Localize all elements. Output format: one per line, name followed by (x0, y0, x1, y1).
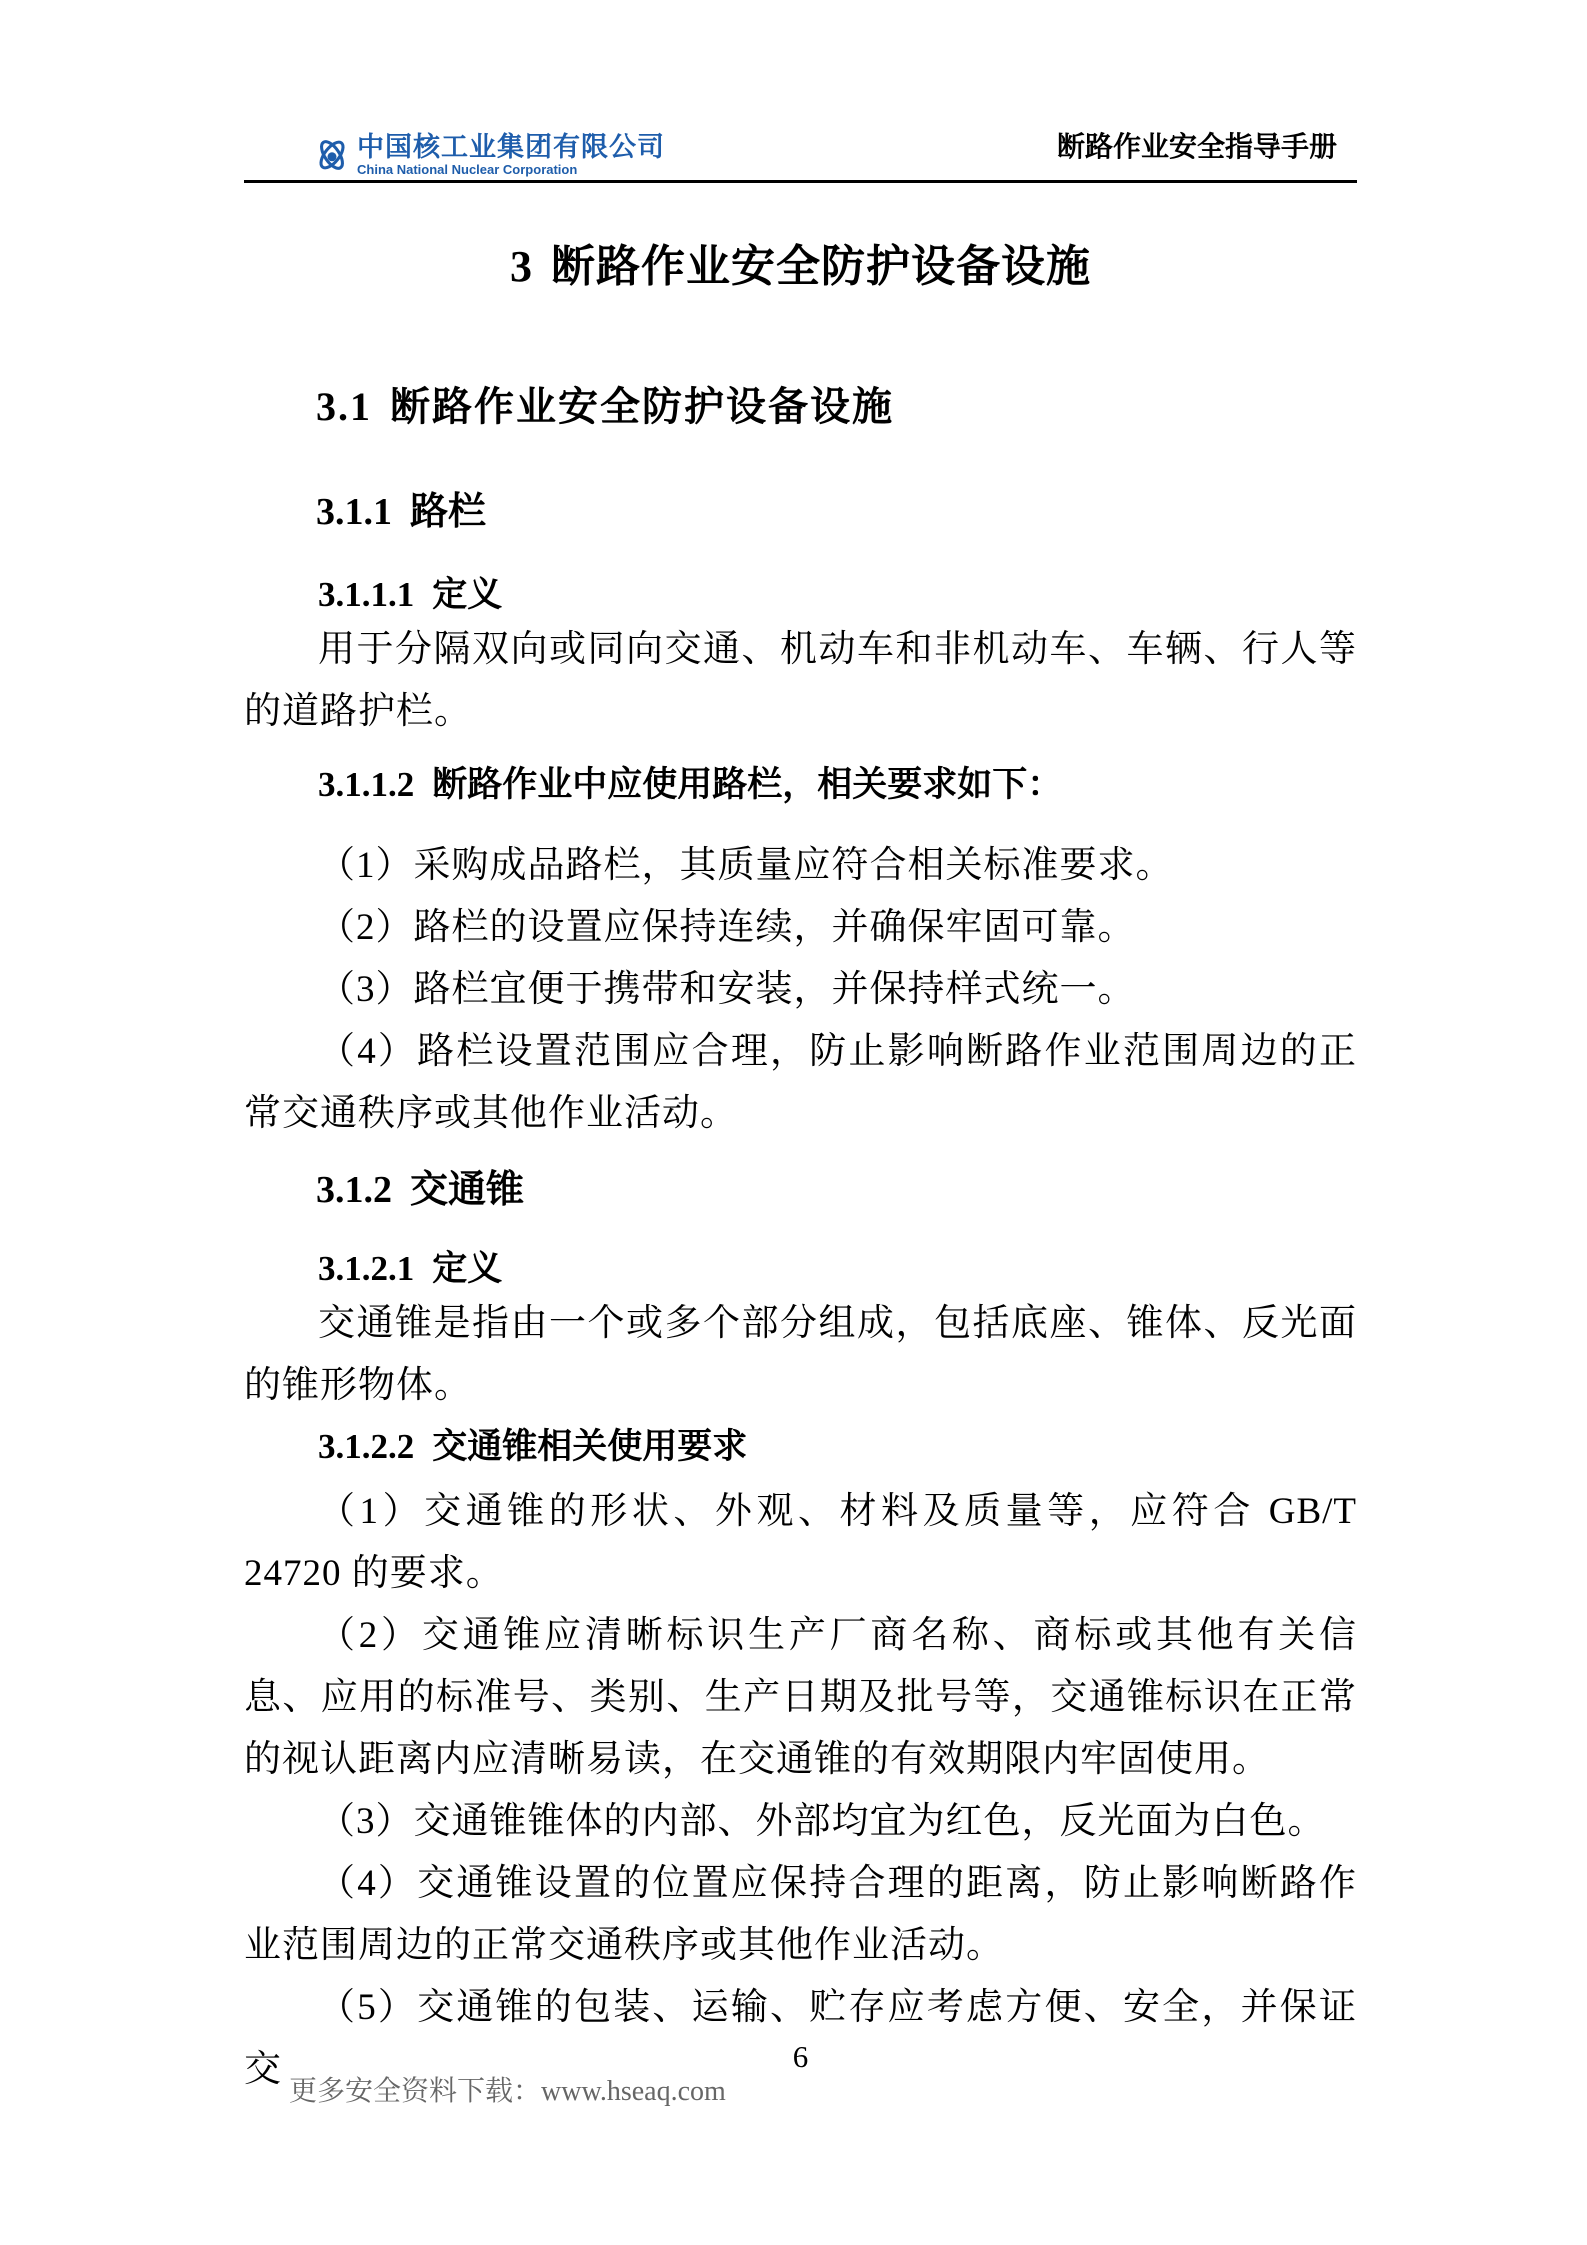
section-heading-3-1-1-1: 3.1.1.1定义 (244, 571, 1357, 619)
definition-paragraph: 用于分隔双向或同向交通、机动车和非机动车、车辆、行人等的道路护栏。 (244, 619, 1357, 743)
section-heading-3-1-1-2: 3.1.1.2断路作业中应使用路栏，相关要求如下： (244, 761, 1357, 809)
chapter-heading-text: 断路作业安全防护设备设施 (551, 242, 1091, 291)
logo-name-en: China National Nuclear Corporation (357, 162, 665, 177)
section-heading-text: 断路作业安全防护设备设施 (390, 384, 894, 429)
section-number: 3.1.1 (316, 491, 392, 533)
document-page: 中国核工业集团有限公司 China National Nuclear Corpo… (0, 0, 1587, 2245)
download-url[interactable]: www.hseaq.com (541, 2076, 726, 2107)
section-number: 3.1.2.2 (318, 1427, 414, 1466)
section-heading-text: 交通锥相关使用要求 (432, 1427, 747, 1466)
page-number: 6 (244, 2040, 1357, 2074)
list-item-2: （2）路栏的设置应保持连续，并确保牢固可靠。 (244, 897, 1357, 959)
section-heading-3-1-2-2: 3.1.2.2交通锥相关使用要求 (244, 1423, 1357, 1471)
list-item-4: （4）路栏设置范围应合理，防止影响断路作业范围周边的正常交通秩序或其他作业活动。 (244, 1021, 1357, 1145)
list-item-3: （3）路栏宜便于携带和安装，并保持样式统一。 (244, 959, 1357, 1021)
chapter-number: 3 (510, 242, 533, 291)
section-heading-text: 定义 (432, 1249, 502, 1288)
footer-download-link[interactable]: 更多安全资料下载：www.hseaq.com (289, 2076, 726, 2108)
section-heading-3-1-2: 3.1.2交通锥 (244, 1165, 1357, 1215)
list-item-4: （4）交通锥设置的位置应保持合理的距离，防止影响断路作业范围周边的正常交通秩序或… (244, 1853, 1357, 1977)
list-item-1: （1）交通锥的形状、外观、材料及质量等，应符合 GB/T 24720 的要求。 (244, 1481, 1357, 1605)
logo-text-block: 中国核工业集团有限公司 China National Nuclear Corpo… (357, 133, 665, 177)
section-number: 3.1.1.1 (318, 575, 414, 614)
header-doc-title: 断路作业安全指导手册 (1057, 132, 1337, 162)
section-number: 3.1.1.2 (318, 765, 414, 804)
logo-name-cn: 中国核工业集团有限公司 (357, 133, 665, 162)
nucleus-dot (328, 152, 337, 161)
page-content: 3断路作业安全防护设备设施 3.1断路作业安全防护设备设施 3.1.1路栏 3.… (244, 183, 1357, 2101)
section-heading-text: 交通锥 (410, 1169, 524, 1211)
definition-paragraph: 交通锥是指由一个或多个部分组成，包括底座、锥体、反光面的锥形物体。 (244, 1293, 1357, 1417)
section-heading-text: 断路作业中应使用路栏，相关要求如下： (432, 765, 1062, 804)
list-item-3: （3）交通锥锥体的内部、外部均宜为红色，反光面为白色。 (244, 1791, 1357, 1853)
chapter-heading: 3断路作业安全防护设备设施 (244, 241, 1357, 293)
section-number: 3.1.2.1 (318, 1249, 414, 1288)
list-item-1: （1）采购成品路栏，其质量应符合相关标准要求。 (244, 835, 1357, 897)
section-number: 3.1 (316, 384, 372, 429)
section-number: 3.1.2 (316, 1169, 392, 1211)
section-heading-3-1-1: 3.1.1路栏 (244, 487, 1357, 537)
list-item-2: （2）交通锥应清晰标识生产厂商名称、商标或其他有关信息、应用的标准号、类别、生产… (244, 1605, 1357, 1791)
section-heading-3-1: 3.1断路作业安全防护设备设施 (244, 381, 1357, 433)
section-heading-text: 定义 (432, 575, 502, 614)
section-heading-text: 路栏 (410, 491, 486, 533)
page-header: 中国核工业集团有限公司 China National Nuclear Corpo… (244, 0, 1357, 183)
cnnc-logo: 中国核工业集团有限公司 China National Nuclear Corpo… (314, 133, 665, 177)
download-label: 更多安全资料下载： (289, 2076, 541, 2107)
atom-logo-icon (314, 134, 350, 176)
section-heading-3-1-2-1: 3.1.2.1定义 (244, 1245, 1357, 1293)
